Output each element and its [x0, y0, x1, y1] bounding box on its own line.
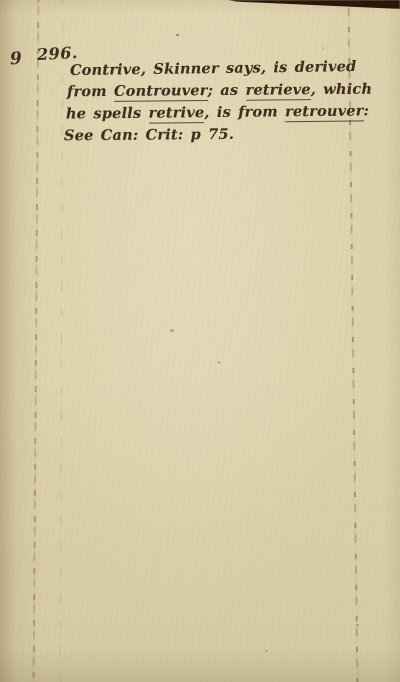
left-inner-crease-line	[60, 0, 63, 682]
paper-speck	[322, 47, 324, 49]
note-line-3: he spells retrive, is from retrouver:	[66, 100, 362, 125]
paper-speck	[218, 361, 220, 364]
note-line-4: See Can: Crit: p 75.	[64, 123, 362, 148]
paper-speck	[176, 34, 179, 36]
note-text: he spells	[66, 105, 149, 123]
note-text: , which	[311, 81, 373, 99]
underlined-word: retrive	[148, 104, 204, 123]
paper-speck	[265, 650, 268, 652]
underlined-word: Controuver	[114, 82, 208, 101]
underlined-word: retrieve	[245, 81, 310, 100]
note-text: :	[364, 102, 370, 119]
manuscript-page: 9 296. Contrive, Skinner says, is derive…	[0, 0, 400, 682]
underlined-word: retrouver	[285, 102, 364, 121]
note-text: ; as	[207, 82, 245, 99]
note-text: See Can: Crit: p 75.	[64, 126, 234, 144]
note-line-2: from Controuver; as retrieve, which	[67, 79, 362, 104]
paper-speck	[356, 624, 359, 626]
note-text: Contrive, Skinner says, is derived	[70, 58, 357, 79]
paper-speck	[170, 329, 174, 332]
margin-number-left: 9	[9, 49, 23, 70]
handwritten-note: Contrive, Skinner says, is derived from …	[70, 58, 362, 146]
note-text: , is from	[204, 103, 285, 121]
note-text: from	[67, 83, 114, 100]
page-edge-shadow	[228, 0, 400, 9]
left-crease-line	[33, 0, 40, 682]
